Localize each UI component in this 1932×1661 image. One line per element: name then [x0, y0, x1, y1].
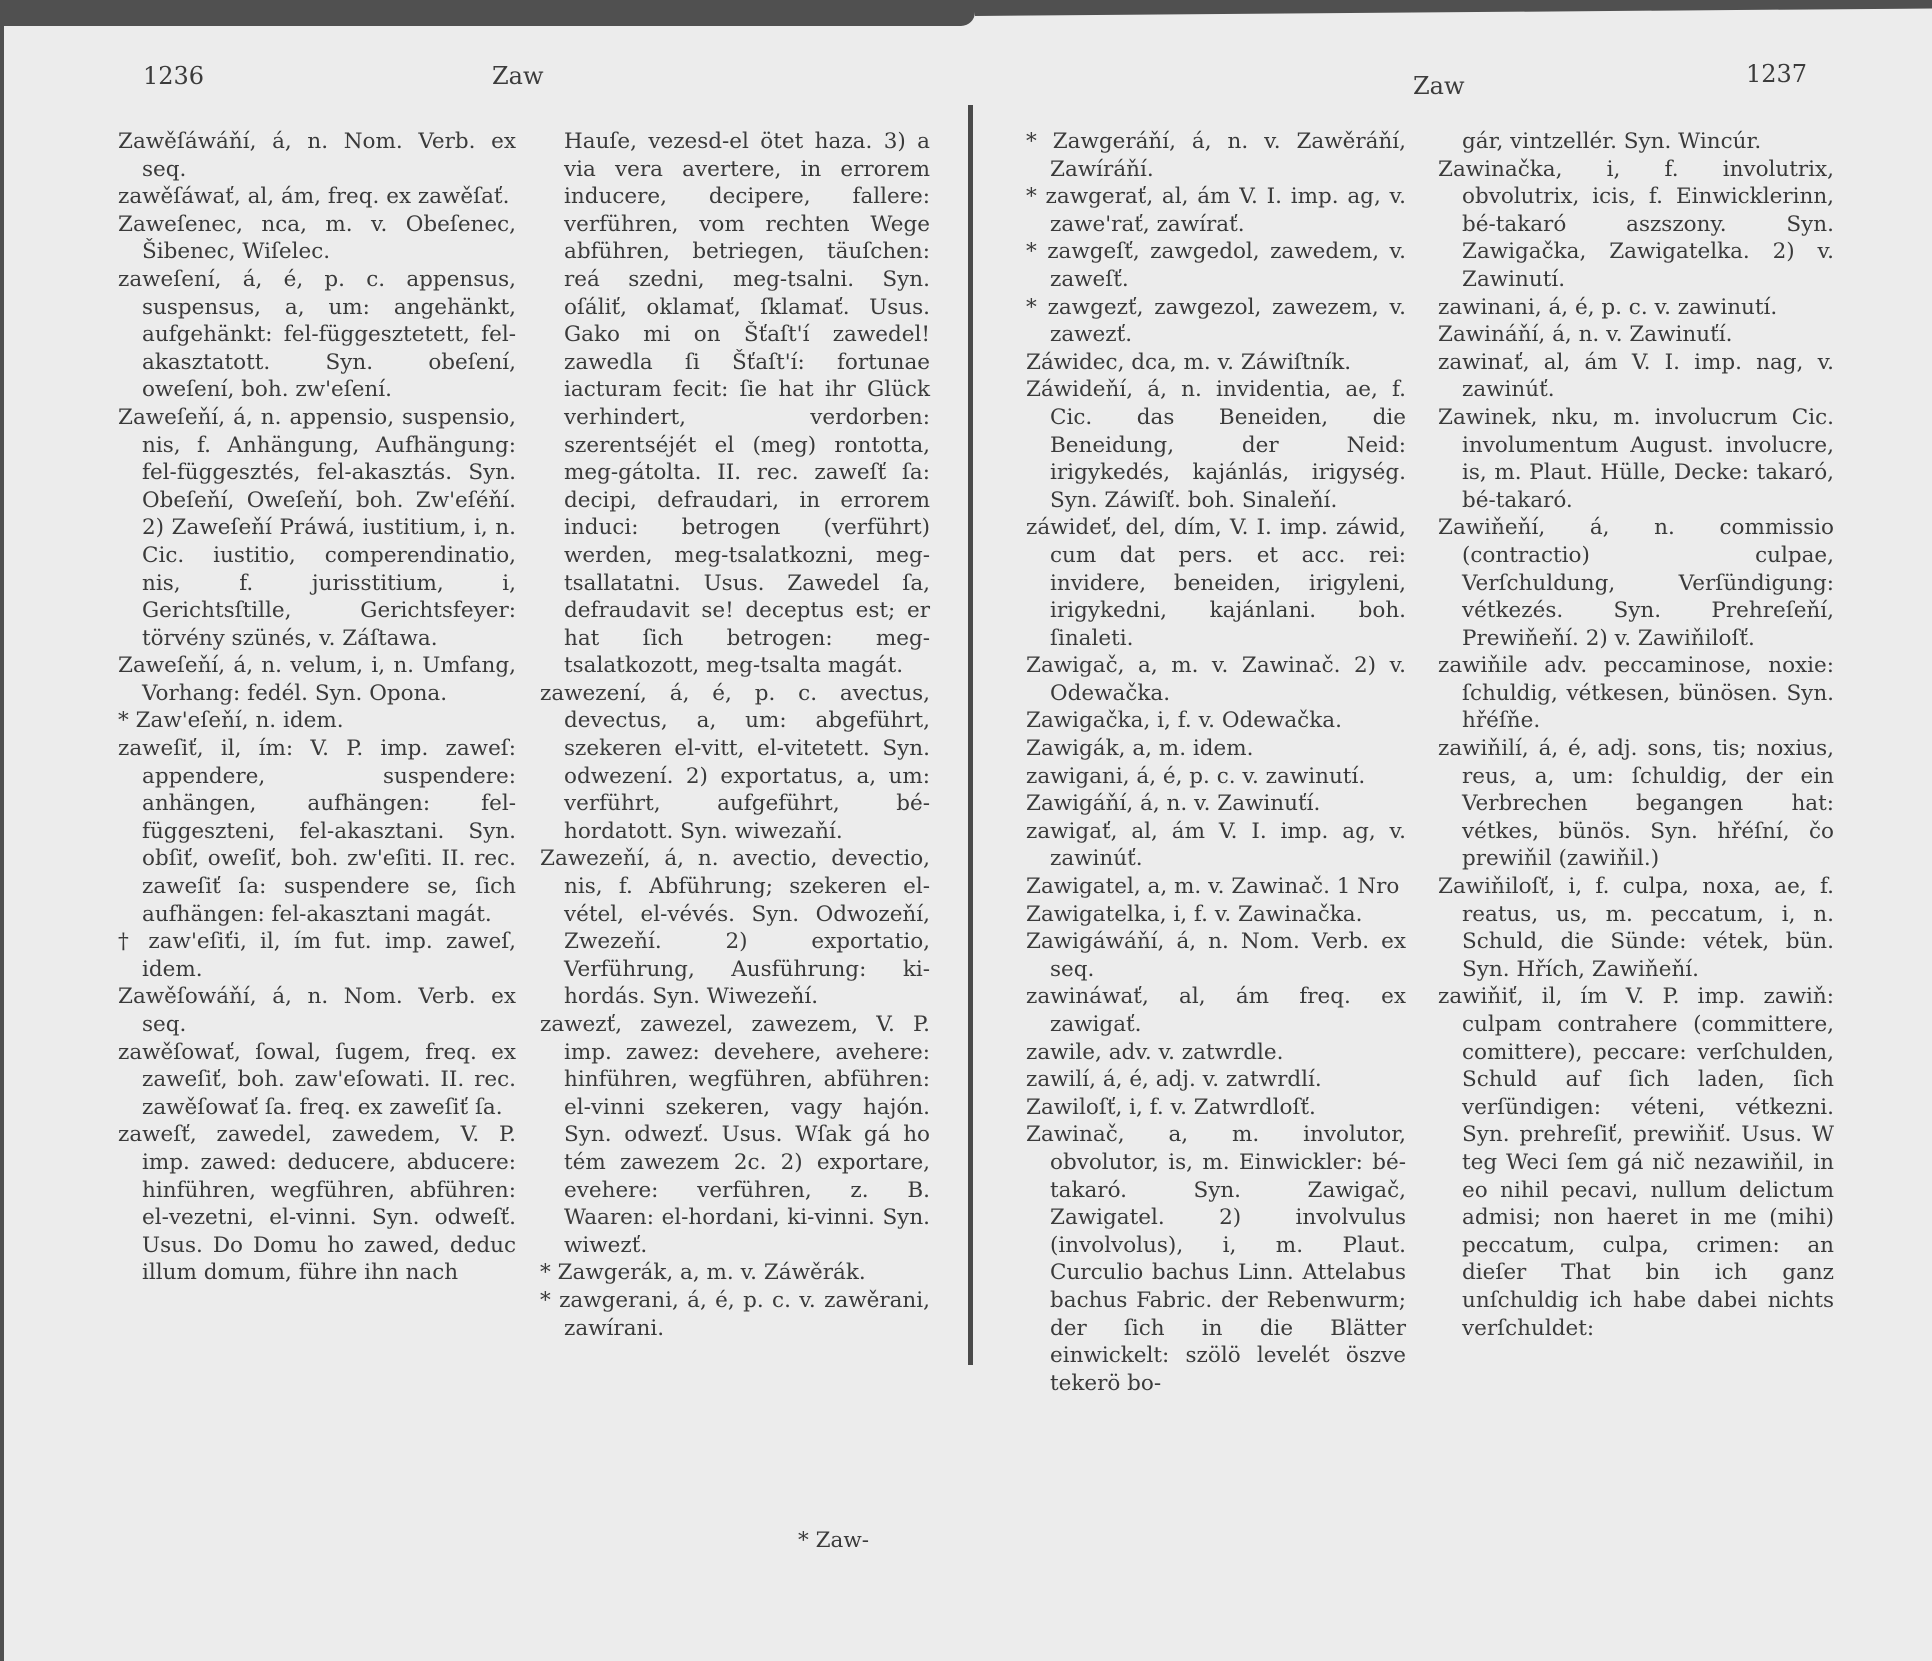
entry-marker: *: [1026, 184, 1037, 209]
entry-marker: *: [540, 1260, 551, 1285]
dictionary-entry: Zawiňiloſť, i, f. culpa, noxa, ae, f. re…: [1438, 873, 1834, 983]
dictionary-entry: Zaweſeňí, á, n. appensio, suspensio, nis…: [118, 404, 516, 652]
left-page: 1236 Zaw Zawěſáwáňí, á, n. Nom. Verb. ex…: [0, 0, 970, 1661]
dictionary-entry: † zaw'eſiťi, il, ím fut. imp. zaweſ, ide…: [118, 928, 516, 983]
dictionary-entry-continuation: Hauſe, vezesd-el ötet haza. 3) a via ver…: [540, 128, 930, 680]
dictionary-entry: zaweſť, zawedel, zawedem, V. P. imp. zaw…: [118, 1121, 516, 1287]
dictionary-entry: Zawinek, nku, m. involucrum Cic. involum…: [1438, 404, 1834, 514]
catchword: * Zaw-: [798, 1528, 869, 1553]
dictionary-entry: Záwidec, dca, m. v. Záwiſtník.: [1026, 349, 1406, 377]
dictionary-column-2: Hauſe, vezesd-el ötet haza. 3) a via ver…: [540, 128, 930, 1342]
dictionary-entry: * zawgezť, zawgezol, zawezem, v. zawezť.: [1026, 294, 1406, 349]
dictionary-entry: zawěſáwať, al, ám, freq. ex zawěſať.: [118, 183, 516, 211]
entry-marker: *: [1026, 295, 1037, 320]
dictionary-entry: zawiňile adv. peccaminose, noxie: ſchuld…: [1438, 652, 1834, 735]
dictionary-entry: zawinani, á, é, p. c. v. zawinutí.: [1438, 294, 1834, 322]
dictionary-entry: zawěſowať, ſowal, ſugem, freq. ex zaweſi…: [118, 1039, 516, 1122]
dictionary-entry: zawigani, á, é, p. c. v. zawinutí.: [1026, 763, 1406, 791]
dictionary-entry: * zawgerani, á, é, p. c. v. zawěrani, za…: [540, 1287, 930, 1342]
dictionary-entry: * Zawgerák, a, m. v. Záwěrák.: [540, 1259, 930, 1287]
running-head: Zaw: [492, 62, 544, 90]
dictionary-entry: Zawiňeňí, á, n. commissio (contractio) c…: [1438, 514, 1834, 652]
dictionary-entry: Záwideňí, á, n. invidentia, ae, f. Cic. …: [1026, 376, 1406, 514]
entry-marker: *: [1026, 239, 1037, 264]
dictionary-column-1: * Zawgeráňí, á, n. v. Zawěráňí, Zawíráňí…: [1026, 128, 1406, 1397]
dictionary-entry: Zaweſeňí, á, n. velum, i, n. Umfang, Vor…: [118, 652, 516, 707]
dictionary-entry: zawilí, á, é, adj. v. zatwrdlí.: [1026, 1066, 1406, 1094]
dictionary-entry: Zawiloſť, i, f. v. Zatwrdloſť.: [1026, 1094, 1406, 1122]
dictionary-entry: zawiňilí, á, é, adj. sons, tis; noxius, …: [1438, 735, 1834, 873]
page-number: 1237: [1746, 60, 1807, 88]
entry-marker: †: [118, 929, 135, 954]
dictionary-entry: Zawigačka, i, f. v. Odewačka.: [1026, 707, 1406, 735]
entry-marker: *: [1026, 129, 1037, 154]
running-head: Zaw: [1413, 72, 1465, 100]
dictionary-entry: záwideť, del, dím, V. I. imp. záwid, cum…: [1026, 514, 1406, 652]
dictionary-entry: * Zaw'eſeňí, n. idem.: [118, 707, 516, 735]
dictionary-entry-continuation: gár, vintzellér. Syn. Wincúr.: [1438, 128, 1834, 156]
dictionary-entry: Zawěſowáňí, á, n. Nom. Verb. ex seq.: [118, 983, 516, 1038]
dictionary-entry: Zawinač, a, m. involutor, obvolutor, is,…: [1026, 1121, 1406, 1397]
entry-marker: *: [118, 708, 129, 733]
dictionary-entry: Zawigač, a, m. v. Zawinač. 2) v. Odewačk…: [1026, 652, 1406, 707]
page-number: 1236: [143, 62, 204, 90]
right-page: Zaw 1237 * Zawgeráňí, á, n. v. Zawěráňí,…: [976, 0, 1932, 1661]
dictionary-entry: Zawigák, a, m. idem.: [1026, 735, 1406, 763]
dictionary-column-2: gár, vintzellér. Syn. Wincúr. Zawinačka,…: [1438, 128, 1834, 1342]
dictionary-entry: zaweſiť, il, ím: V. P. imp. zaweſ: appen…: [118, 735, 516, 928]
dictionary-entry: zawinať, al, ám V. I. imp. nag, v. zawin…: [1438, 349, 1834, 404]
entry-marker: *: [540, 1288, 551, 1313]
dictionary-entry: Zawigáwáňí, á, n. Nom. Verb. ex seq.: [1026, 928, 1406, 983]
dictionary-entry: Zawigáňí, á, n. v. Zawinuťí.: [1026, 790, 1406, 818]
dictionary-entry: zawigať, al, ám V. I. imp. ag, v. zawinú…: [1026, 818, 1406, 873]
dictionary-entry: Zaweſenec, nca, m. v. Obeſenec, Šibenec,…: [118, 211, 516, 266]
dictionary-entry: zawezení, á, é, p. c. avectus, devectus,…: [540, 680, 930, 846]
dictionary-entry: Zawigatelka, i, f. v. Zawinačka.: [1026, 901, 1406, 929]
dictionary-entry: Zawěſáwáňí, á, n. Nom. Verb. ex seq.: [118, 128, 516, 183]
dictionary-column-1: Zawěſáwáňí, á, n. Nom. Verb. ex seq. zaw…: [118, 128, 516, 1287]
dictionary-entry: zawezť, zawezel, zawezem, V. P. imp. zaw…: [540, 1011, 930, 1259]
dictionary-entry: Zawigatel, a, m. v. Zawinač. 1 Nro: [1026, 873, 1406, 901]
dictionary-entry: * Zawgeráňí, á, n. v. Zawěráňí, Zawíráňí…: [1026, 128, 1406, 183]
dictionary-entry: zaweſení, á, é, p. c. appensus, suspensu…: [118, 266, 516, 404]
dictionary-entry: zawile, adv. v. zatwrdle.: [1026, 1039, 1406, 1067]
dictionary-entry: Zawezeňí, á, n. avectio, devectio, nis, …: [540, 845, 930, 1011]
dictionary-entry: * zawgerať, al, ám V. I. imp. ag, v. zaw…: [1026, 183, 1406, 238]
dictionary-entry: Zawinačka, i, f. involutrix, obvolutrix,…: [1438, 156, 1834, 294]
dictionary-entry: Zawináňí, á, n. v. Zawinuťí.: [1438, 321, 1834, 349]
dictionary-entry: * zawgeſť, zawgedol, zawedem, v. zaweſť.: [1026, 238, 1406, 293]
dictionary-entry: zawiňiť, il, ím V. P. imp. zawiň: culpam…: [1438, 983, 1834, 1342]
dictionary-entry: zawináwať, al, ám freq. ex zawigať.: [1026, 983, 1406, 1038]
